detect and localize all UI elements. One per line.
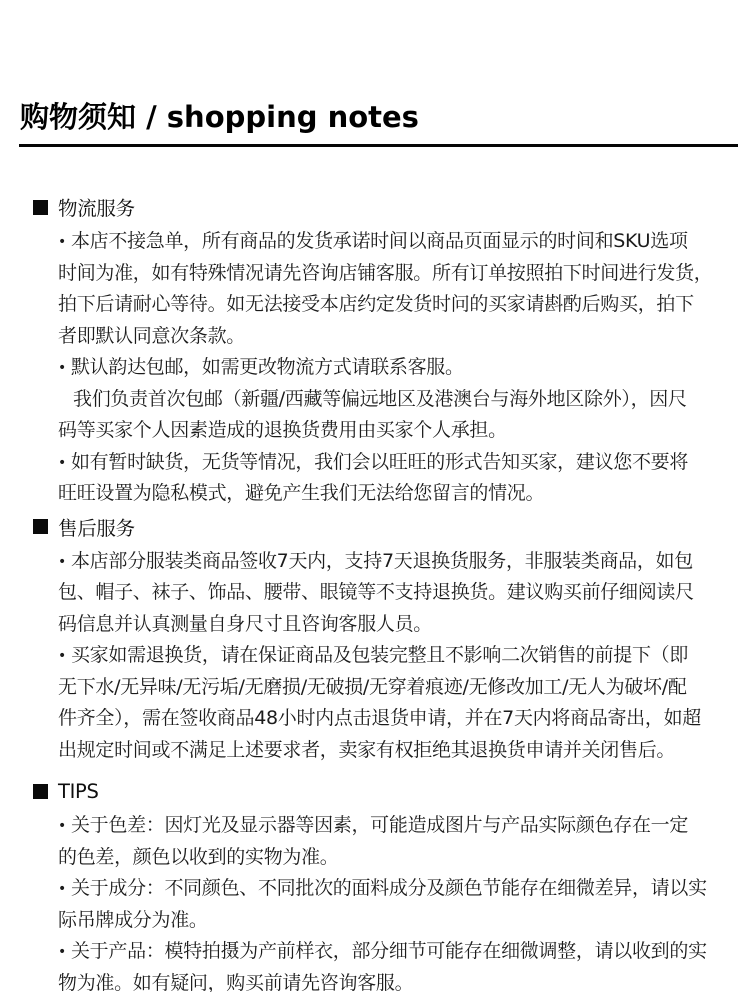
text-line: •本店不接急单，所有商品的发货承诺时间以商品页面显示的时间和SKU选项 — [33, 226, 739, 258]
text-line: •本店部分服装类商品签收7天内，支持7天退换货服务，非服装类商品，如包 — [33, 546, 739, 578]
line-text: 码信息并认真测量自身尺寸且咨询客服人员。 — [58, 613, 432, 635]
line-text: 出规定时间或不满足上述要求者，卖家有权拒绝其退换货申请并关闭售后。 — [58, 739, 675, 761]
line-text: 拍下后请耐心等待。如无法接受本店约定发货时问的买家请斟酌后购买，拍下 — [58, 293, 694, 315]
line-text: 时间为准，如有特殊情况请先咨询店铺客服。所有订单按照拍下时间进行发货， — [58, 262, 713, 284]
text-line: 码信息并认真测量自身尺寸且咨询客服人员。 — [33, 609, 739, 641]
square-marker-icon — [33, 784, 48, 799]
bullet-icon: • — [58, 881, 66, 897]
text-line: 的色差，颜色以收到的实物为准。 — [33, 842, 739, 874]
line-text: 如有暂时缺货，无货等情况，我们会以旺旺的形式告知买家，建议您不要将 — [71, 451, 688, 473]
line-text: 我们负责首次包邮（新疆/西藏等偏远地区及港澳台与海外地区除外），因尺 — [73, 388, 687, 410]
text-line: •关于成分：不同颜色、不同批次的面料成分及颜色节能存在细微差异，请以实 — [33, 873, 739, 905]
text-line: 际吊牌成分为准。 — [33, 905, 739, 937]
text-line: 包、帽子、袜子、饰品、腰带、眼镜等不支持退换货。建议购买前仔细阅读尺 — [33, 577, 739, 609]
line-text: 无下水/无异味/无污垢/无磨损/无破损/无穿着痕迹/无修改加工/无人为破坏/配 — [58, 676, 687, 698]
text-line: 码等买家个人因素造成的退换货费用由买家个人承担。 — [33, 415, 739, 447]
section-header: 售后服务 — [33, 510, 739, 544]
text-line: 拍下后请耐心等待。如无法接受本店约定发货时问的买家请斟酌后购买，拍下 — [33, 289, 739, 321]
line-text: 际吊牌成分为准。 — [58, 909, 208, 931]
bullet-icon: • — [58, 818, 66, 834]
bullet-icon: • — [58, 648, 66, 664]
bullet-icon: • — [58, 360, 66, 376]
text-line: 时间为准，如有特殊情况请先咨询店铺客服。所有订单按照拍下时间进行发货， — [33, 258, 739, 290]
bullet-icon: • — [58, 944, 66, 960]
line-text: 物为准。如有疑问，购买前请先咨询客服。 — [58, 972, 413, 992]
line-text: 包、帽子、袜子、饰品、腰带、眼镜等不支持退换货。建议购买前仔细阅读尺 — [58, 581, 694, 603]
text-line: 无下水/无异味/无污垢/无磨损/无破损/无穿着痕迹/无修改加工/无人为破坏/配 — [33, 672, 739, 704]
text-line: 物为准。如有疑问，购买前请先咨询客服。 — [33, 968, 739, 992]
section-header: 物流服务 — [33, 190, 739, 224]
line-text: 关于产品：模特拍摄为产前样衣，部分细节可能存在细微调整，请以收到的实 — [71, 940, 707, 962]
line-text: 码等买家个人因素造成的退换货费用由买家个人承担。 — [58, 419, 507, 441]
line-text: 的色差，颜色以收到的实物为准。 — [58, 846, 339, 868]
text-line: •默认韵达包邮，如需更改物流方式请联系客服。 — [33, 352, 739, 384]
text-line: 件齐全），需在签收商品48小时内点击退货申请，并在7天内将商品寄出，如超 — [33, 703, 739, 735]
line-text: 关于色差：因灯光及显示器等因素，可能造成图片与产品实际颜色存在一定 — [71, 814, 688, 836]
section-header: TIPS — [33, 774, 739, 808]
text-line: 者即默认同意次条款。 — [33, 321, 739, 353]
bullet-icon: • — [58, 554, 66, 570]
title-divider — [19, 144, 738, 147]
text-line: 出规定时间或不满足上述要求者，卖家有权拒绝其退换货申请并关闭售后。 — [33, 735, 739, 767]
text-line: •关于色差：因灯光及显示器等因素，可能造成图片与产品实际颜色存在一定 — [33, 810, 739, 842]
line-text: 关于成分：不同颜色、不同批次的面料成分及颜色节能存在细微差异，请以实 — [71, 877, 707, 899]
text-line: •买家如需退换货，请在保证商品及包装完整且不影响二次销售的前提下（即 — [33, 640, 739, 672]
section-after-sales: 售后服务 •本店部分服装类商品签收7天内，支持7天退换货服务，非服装类商品，如包… — [33, 510, 739, 767]
section-header-label: TIPS — [58, 780, 99, 803]
text-line: •如有暂时缺货，无货等情况，我们会以旺旺的形式告知买家，建议您不要将 — [33, 447, 739, 479]
line-text: 旺旺设置为隐私模式，避免产生我们无法给您留言的情况。 — [58, 482, 544, 504]
line-text: 本店部分服装类商品签收7天内，支持7天退换货服务，非服装类商品，如包 — [71, 550, 693, 572]
section-header-label: 售后服务 — [58, 513, 135, 541]
line-text: 者即默认同意次条款。 — [58, 325, 245, 347]
line-text: 买家如需退换货，请在保证商品及包装完整且不影响二次销售的前提下（即 — [71, 644, 688, 666]
text-line: 旺旺设置为隐私模式，避免产生我们无法给您留言的情况。 — [33, 478, 739, 510]
bullet-icon: • — [58, 234, 66, 250]
line-text: 件齐全），需在签收商品48小时内点击退货申请，并在7天内将商品寄出，如超 — [58, 707, 701, 729]
bullet-icon: • — [58, 455, 66, 471]
notes-content: 物流服务 •本店不接急单，所有商品的发货承诺时间以商品页面显示的时间和SKU选项… — [33, 190, 739, 992]
section-header-label: 物流服务 — [58, 193, 135, 221]
line-text: 本店不接急单，所有商品的发货承诺时间以商品页面显示的时间和SKU选项 — [71, 230, 688, 252]
square-marker-icon — [33, 519, 48, 534]
page-title: 购物须知 / shopping notes — [20, 95, 419, 136]
square-marker-icon — [33, 200, 48, 215]
section-logistics: 物流服务 •本店不接急单，所有商品的发货承诺时间以商品页面显示的时间和SKU选项… — [33, 190, 739, 510]
text-line: 我们负责首次包邮（新疆/西藏等偏远地区及港澳台与海外地区除外），因尺 — [33, 384, 739, 416]
line-text: 默认韵达包邮，如需更改物流方式请联系客服。 — [71, 356, 464, 378]
section-tips: TIPS •关于色差：因灯光及显示器等因素，可能造成图片与产品实际颜色存在一定 … — [33, 774, 739, 992]
shopping-notes-page: 购物须知 / shopping notes 物流服务 •本店不接急单，所有商品的… — [0, 0, 750, 992]
text-line: •关于产品：模特拍摄为产前样衣，部分细节可能存在细微调整，请以收到的实 — [33, 936, 739, 968]
